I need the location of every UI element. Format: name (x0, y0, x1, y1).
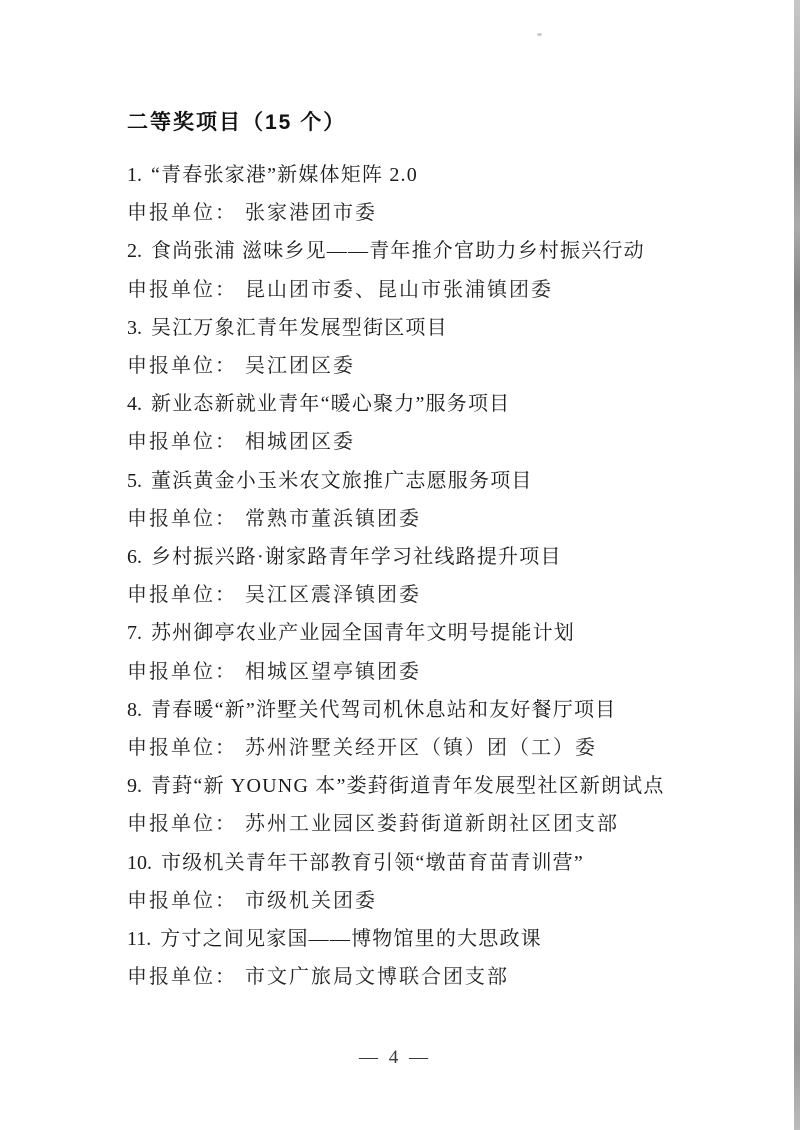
project-name: “青春张家港”新媒体矩阵 2.0 (151, 164, 418, 186)
unit-label: 申报单位： (127, 279, 237, 301)
item-number: 6. (127, 538, 142, 576)
declaring-unit-line: 申报单位：市文广旅局文博联合团支部 (127, 958, 727, 996)
unit-label: 申报单位： (127, 202, 237, 224)
project-name: 青葑“新 YOUNG 本”娄葑街道青年发展型社区新朗试点 (151, 775, 665, 797)
unit-label: 申报单位： (127, 355, 237, 377)
item-number: 1. (127, 156, 142, 194)
item-number: 10. (127, 844, 152, 882)
declaring-unit-line: 申报单位：苏州浒墅关经开区（镇）团（工）委 (127, 729, 727, 767)
project-line: 1.“青春张家港”新媒体矩阵 2.0 (127, 156, 727, 194)
declaring-unit-line: 申报单位：相城团区委 (127, 423, 727, 461)
unit-name: 相城团区委 (245, 431, 355, 453)
section-heading: 二等奖项目（15 个） (127, 106, 727, 136)
award-entry: 9.青葑“新 YOUNG 本”娄葑街道青年发展型社区新朗试点 申报单位：苏州工业… (127, 767, 727, 843)
declaring-unit-line: 申报单位：市级机关团委 (127, 882, 727, 920)
declaring-unit-line: 申报单位：吴江区震泽镇团委 (127, 576, 727, 614)
unit-label: 申报单位： (127, 737, 237, 759)
award-entry: 4.新业态新就业青年“暖心聚力”服务项目 申报单位：相城团区委 (127, 385, 727, 461)
unit-label: 申报单位： (127, 813, 237, 835)
unit-label: 申报单位： (127, 966, 237, 988)
page-number: — 4 — (359, 1047, 431, 1068)
project-line: 2.食尚张浦 滋味乡见——青年推介官助力乡村振兴行动 (127, 232, 727, 270)
item-number: 5. (127, 462, 142, 500)
project-name: 市级机关青年干部教育引领“墩苗育苗青训营” (161, 852, 584, 874)
award-entry: 6.乡村振兴路·谢家路青年学习社线路提升项目 申报单位：吴江区震泽镇团委 (127, 538, 727, 614)
item-number: 2. (127, 232, 142, 270)
project-line: 4.新业态新就业青年“暖心聚力”服务项目 (127, 385, 727, 423)
project-name: 方寸之间见家国——博物馆里的大思政课 (160, 928, 542, 950)
award-entry: 1.“青春张家港”新媒体矩阵 2.0 申报单位：张家港团市委 (127, 156, 727, 232)
project-line: 8.青春暖“新”浒墅关代驾司机休息站和友好餐厅项目 (127, 691, 727, 729)
award-entry: 8.青春暖“新”浒墅关代驾司机休息站和友好餐厅项目 申报单位：苏州浒墅关经开区（… (127, 691, 727, 767)
item-number: 11. (127, 920, 151, 958)
unit-label: 申报单位： (127, 890, 237, 912)
project-name: 乡村振兴路·谢家路青年学习社线路提升项目 (151, 546, 562, 568)
project-line: 10.市级机关青年干部教育引领“墩苗育苗青训营” (127, 844, 727, 882)
declaring-unit-line: 申报单位：常熟市董浜镇团委 (127, 500, 727, 538)
unit-label: 申报单位： (127, 661, 237, 683)
award-list: 1.“青春张家港”新媒体矩阵 2.0 申报单位：张家港团市委 2.食尚张浦 滋味… (127, 156, 727, 996)
award-entry: 10.市级机关青年干部教育引领“墩苗育苗青训营” 申报单位：市级机关团委 (127, 844, 727, 920)
project-line: 11.方寸之间见家国——博物馆里的大思政课 (127, 920, 727, 958)
award-entry: 11.方寸之间见家国——博物馆里的大思政课 申报单位：市文广旅局文博联合团支部 (127, 920, 727, 996)
unit-label: 申报单位： (127, 508, 237, 530)
declaring-unit-line: 申报单位：相城区望亭镇团委 (127, 653, 727, 691)
project-line: 9.青葑“新 YOUNG 本”娄葑街道青年发展型社区新朗试点 (127, 767, 727, 805)
unit-name: 昆山团市委、昆山市张浦镇团委 (245, 279, 553, 301)
award-entry: 5.董浜黄金小玉米农文旅推广志愿服务项目 申报单位：常熟市董浜镇团委 (127, 462, 727, 538)
unit-name: 常熟市董浜镇团委 (245, 508, 421, 530)
item-number: 3. (127, 309, 142, 347)
declaring-unit-line: 申报单位：吴江团区委 (127, 347, 727, 385)
unit-label: 申报单位： (127, 584, 237, 606)
project-name: 青春暖“新”浒墅关代驾司机休息站和友好餐厅项目 (151, 699, 616, 721)
project-name: 董浜黄金小玉米农文旅推广志愿服务项目 (151, 470, 533, 492)
project-name: 新业态新就业青年“暖心聚力”服务项目 (151, 393, 510, 415)
award-entry: 3.吴江万象汇青年发展型街区项目 申报单位：吴江团区委 (127, 309, 727, 385)
item-number: 7. (127, 614, 142, 652)
unit-name: 市级机关团委 (245, 890, 377, 912)
unit-name: 吴江区震泽镇团委 (245, 584, 421, 606)
declaring-unit-line: 申报单位：张家港团市委 (127, 194, 727, 232)
item-number: 4. (127, 385, 142, 423)
project-line: 5.董浜黄金小玉米农文旅推广志愿服务项目 (127, 462, 727, 500)
project-name: 吴江万象汇青年发展型街区项目 (151, 317, 448, 339)
page-footer: — 4 — (0, 1047, 790, 1069)
unit-name: 市文广旅局文博联合团支部 (245, 966, 509, 988)
project-name: 苏州御亭农业产业园全国青年文明号提能计划 (151, 622, 575, 644)
unit-name: 苏州浒墅关经开区（镇）团（工）委 (245, 737, 597, 759)
scan-edge-artifact (794, 0, 800, 1130)
project-line: 3.吴江万象汇青年发展型街区项目 (127, 309, 727, 347)
scan-speck-artifact (537, 33, 542, 36)
project-line: 7.苏州御亭农业产业园全国青年文明号提能计划 (127, 614, 727, 652)
item-number: 8. (127, 691, 142, 729)
item-number: 9. (127, 767, 142, 805)
unit-label: 申报单位： (127, 431, 237, 453)
project-line: 6.乡村振兴路·谢家路青年学习社线路提升项目 (127, 538, 727, 576)
award-entry: 7.苏州御亭农业产业园全国青年文明号提能计划 申报单位：相城区望亭镇团委 (127, 614, 727, 690)
declaring-unit-line: 申报单位：苏州工业园区娄葑街道新朗社区团支部 (127, 805, 727, 843)
document-page: 二等奖项目（15 个） 1.“青春张家港”新媒体矩阵 2.0 申报单位：张家港团… (0, 0, 800, 1130)
unit-name: 苏州工业园区娄葑街道新朗社区团支部 (245, 813, 619, 835)
unit-name: 相城区望亭镇团委 (245, 661, 421, 683)
award-entry: 2.食尚张浦 滋味乡见——青年推介官助力乡村振兴行动 申报单位：昆山团市委、昆山… (127, 232, 727, 308)
unit-name: 张家港团市委 (245, 202, 377, 224)
declaring-unit-line: 申报单位：昆山团市委、昆山市张浦镇团委 (127, 271, 727, 309)
unit-name: 吴江团区委 (245, 355, 355, 377)
document-body: 二等奖项目（15 个） 1.“青春张家港”新媒体矩阵 2.0 申报单位：张家港团… (127, 106, 727, 996)
project-name: 食尚张浦 滋味乡见——青年推介官助力乡村振兴行动 (151, 240, 645, 262)
